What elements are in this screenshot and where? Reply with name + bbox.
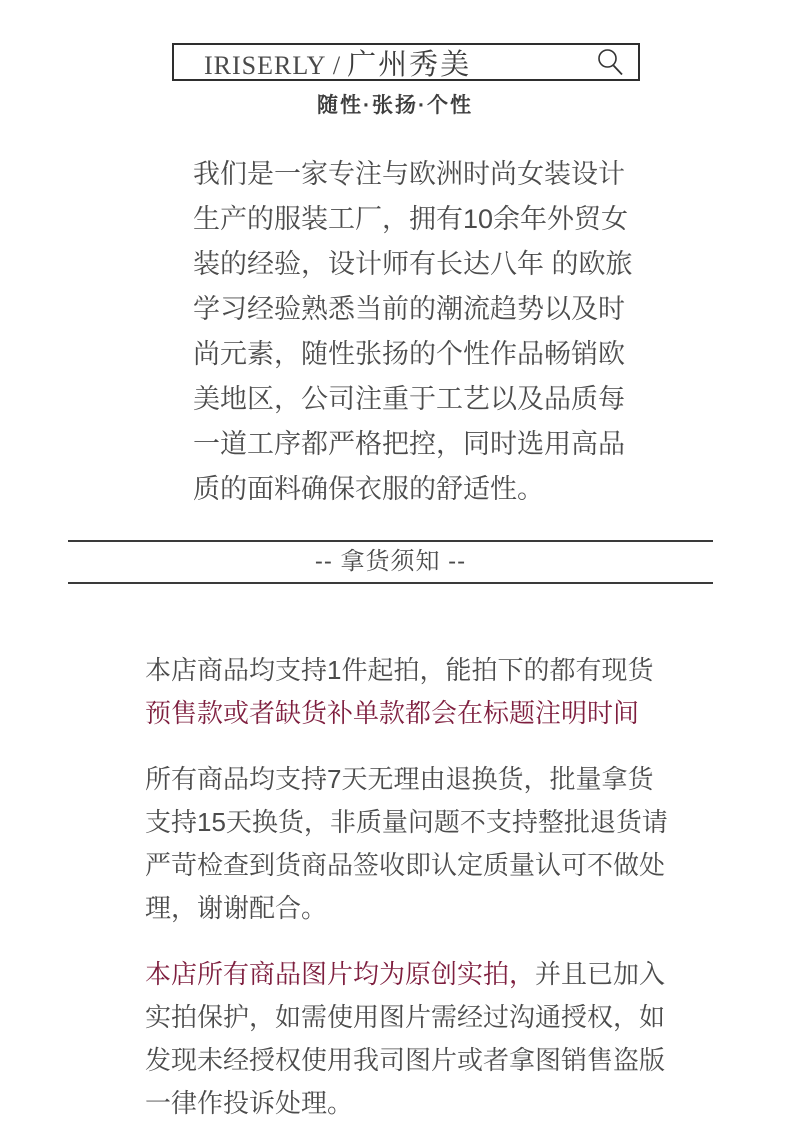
company-intro: 我们是一家专注与欧洲时尚女装设计生产的服装工厂，拥有10余年外贸女装的经验，设计… <box>193 152 638 512</box>
intro-line: 一道工序都严格把控，同时选用高品 <box>193 422 638 467</box>
notice-text: 实拍保护，如需使用图片需经过沟通授权，如 <box>145 1002 665 1032</box>
brand-tagline: 随性·张扬·个性 <box>0 89 790 119</box>
notice-text: 发现未经授权使用我司图片或者拿图销售盗版 <box>145 1045 665 1075</box>
intro-line: 美地区，公司注重于工艺以及品质每 <box>193 377 638 422</box>
intro-line: 尚元素，随性张扬的个性作品畅销欧 <box>193 332 638 377</box>
notice-line: 一律作投诉处理。 <box>145 1082 675 1125</box>
notice-paragraph: 本店商品均支持1件起拍，能拍下的都有现货预售款或者缺货补单款都会在标题注明时间 <box>145 649 675 735</box>
brand-name-chinese: 广州秀美 <box>347 42 471 83</box>
notice-divider-title: -- 拿货须知 -- <box>315 548 466 575</box>
notice-paragraph: 所有商品均支持7天无理由退换货，批量拿货支持15天换货，非质量问题不支持整批退货… <box>145 758 675 930</box>
notice-line: 支持15天换货，非质量问题不支持整批退货请 <box>145 801 675 844</box>
brand-search-bar: IRISERLY / 广州秀美 <box>172 43 640 81</box>
notice-line: 严苛检查到货商品签收即认定质量认可不做处 <box>145 844 675 887</box>
intro-line: 生产的服装工厂，拥有10余年外贸女 <box>193 197 638 242</box>
notice-line: 本店商品均支持1件起拍，能拍下的都有现货 <box>145 649 675 692</box>
brand-title: IRISERLY / 广州秀美 <box>204 42 594 83</box>
notice-text: 理，谢谢配合。 <box>145 893 327 923</box>
brand-name-latin: IRISERLY / <box>204 51 341 81</box>
notice-line: 实拍保护，如需使用图片需经过沟通授权，如 <box>145 996 675 1039</box>
notice-highlight-text: 预售款或者缺货补单款都会在标题注明时间 <box>145 698 639 728</box>
intro-line: 装的经验，设计师有长达八年 的欧旅 <box>193 242 638 287</box>
intro-line: 学习经验熟悉当前的潮流趋势以及时 <box>193 287 638 332</box>
page: IRISERLY / 广州秀美 随性·张扬·个性 我们是一家专注与欧洲时尚女装设… <box>0 43 790 1125</box>
intro-line: 我们是一家专注与欧洲时尚女装设计 <box>193 152 638 197</box>
notice-divider: -- 拿货须知 -- <box>68 540 713 584</box>
notice-text: 支持15天换货，非质量问题不支持整批退货请 <box>145 807 668 837</box>
intro-line: 质的面料确保衣服的舒适性。 <box>193 467 638 512</box>
notice-line: 所有商品均支持7天无理由退换货，批量拿货 <box>145 758 675 801</box>
search-icon[interactable] <box>594 46 626 78</box>
notice-paragraph: 本店所有商品图片均为原创实拍，并且已加入实拍保护，如需使用图片需经过沟通授权，如… <box>145 953 675 1125</box>
notice-line: 理，谢谢配合。 <box>145 887 675 930</box>
notice-line: 预售款或者缺货补单款都会在标题注明时间 <box>145 692 675 735</box>
notice-text: 一律作投诉处理。 <box>145 1088 353 1118</box>
notice-paragraphs: 本店商品均支持1件起拍，能拍下的都有现货预售款或者缺货补单款都会在标题注明时间所… <box>145 649 675 1125</box>
notice-highlight-text: 本店所有商品图片均为原创实拍， <box>145 959 535 989</box>
notice-text: 严苛检查到货商品签收即认定质量认可不做处 <box>145 850 665 880</box>
notice-line: 本店所有商品图片均为原创实拍，并且已加入 <box>145 953 675 996</box>
notice-text: 并且已加入 <box>535 959 665 989</box>
notice-text: 所有商品均支持7天无理由退换货，批量拿货 <box>145 764 653 794</box>
notice-line: 发现未经授权使用我司图片或者拿图销售盗版 <box>145 1039 675 1082</box>
notice-text: 本店商品均支持1件起拍，能拍下的都有现货 <box>145 655 653 685</box>
